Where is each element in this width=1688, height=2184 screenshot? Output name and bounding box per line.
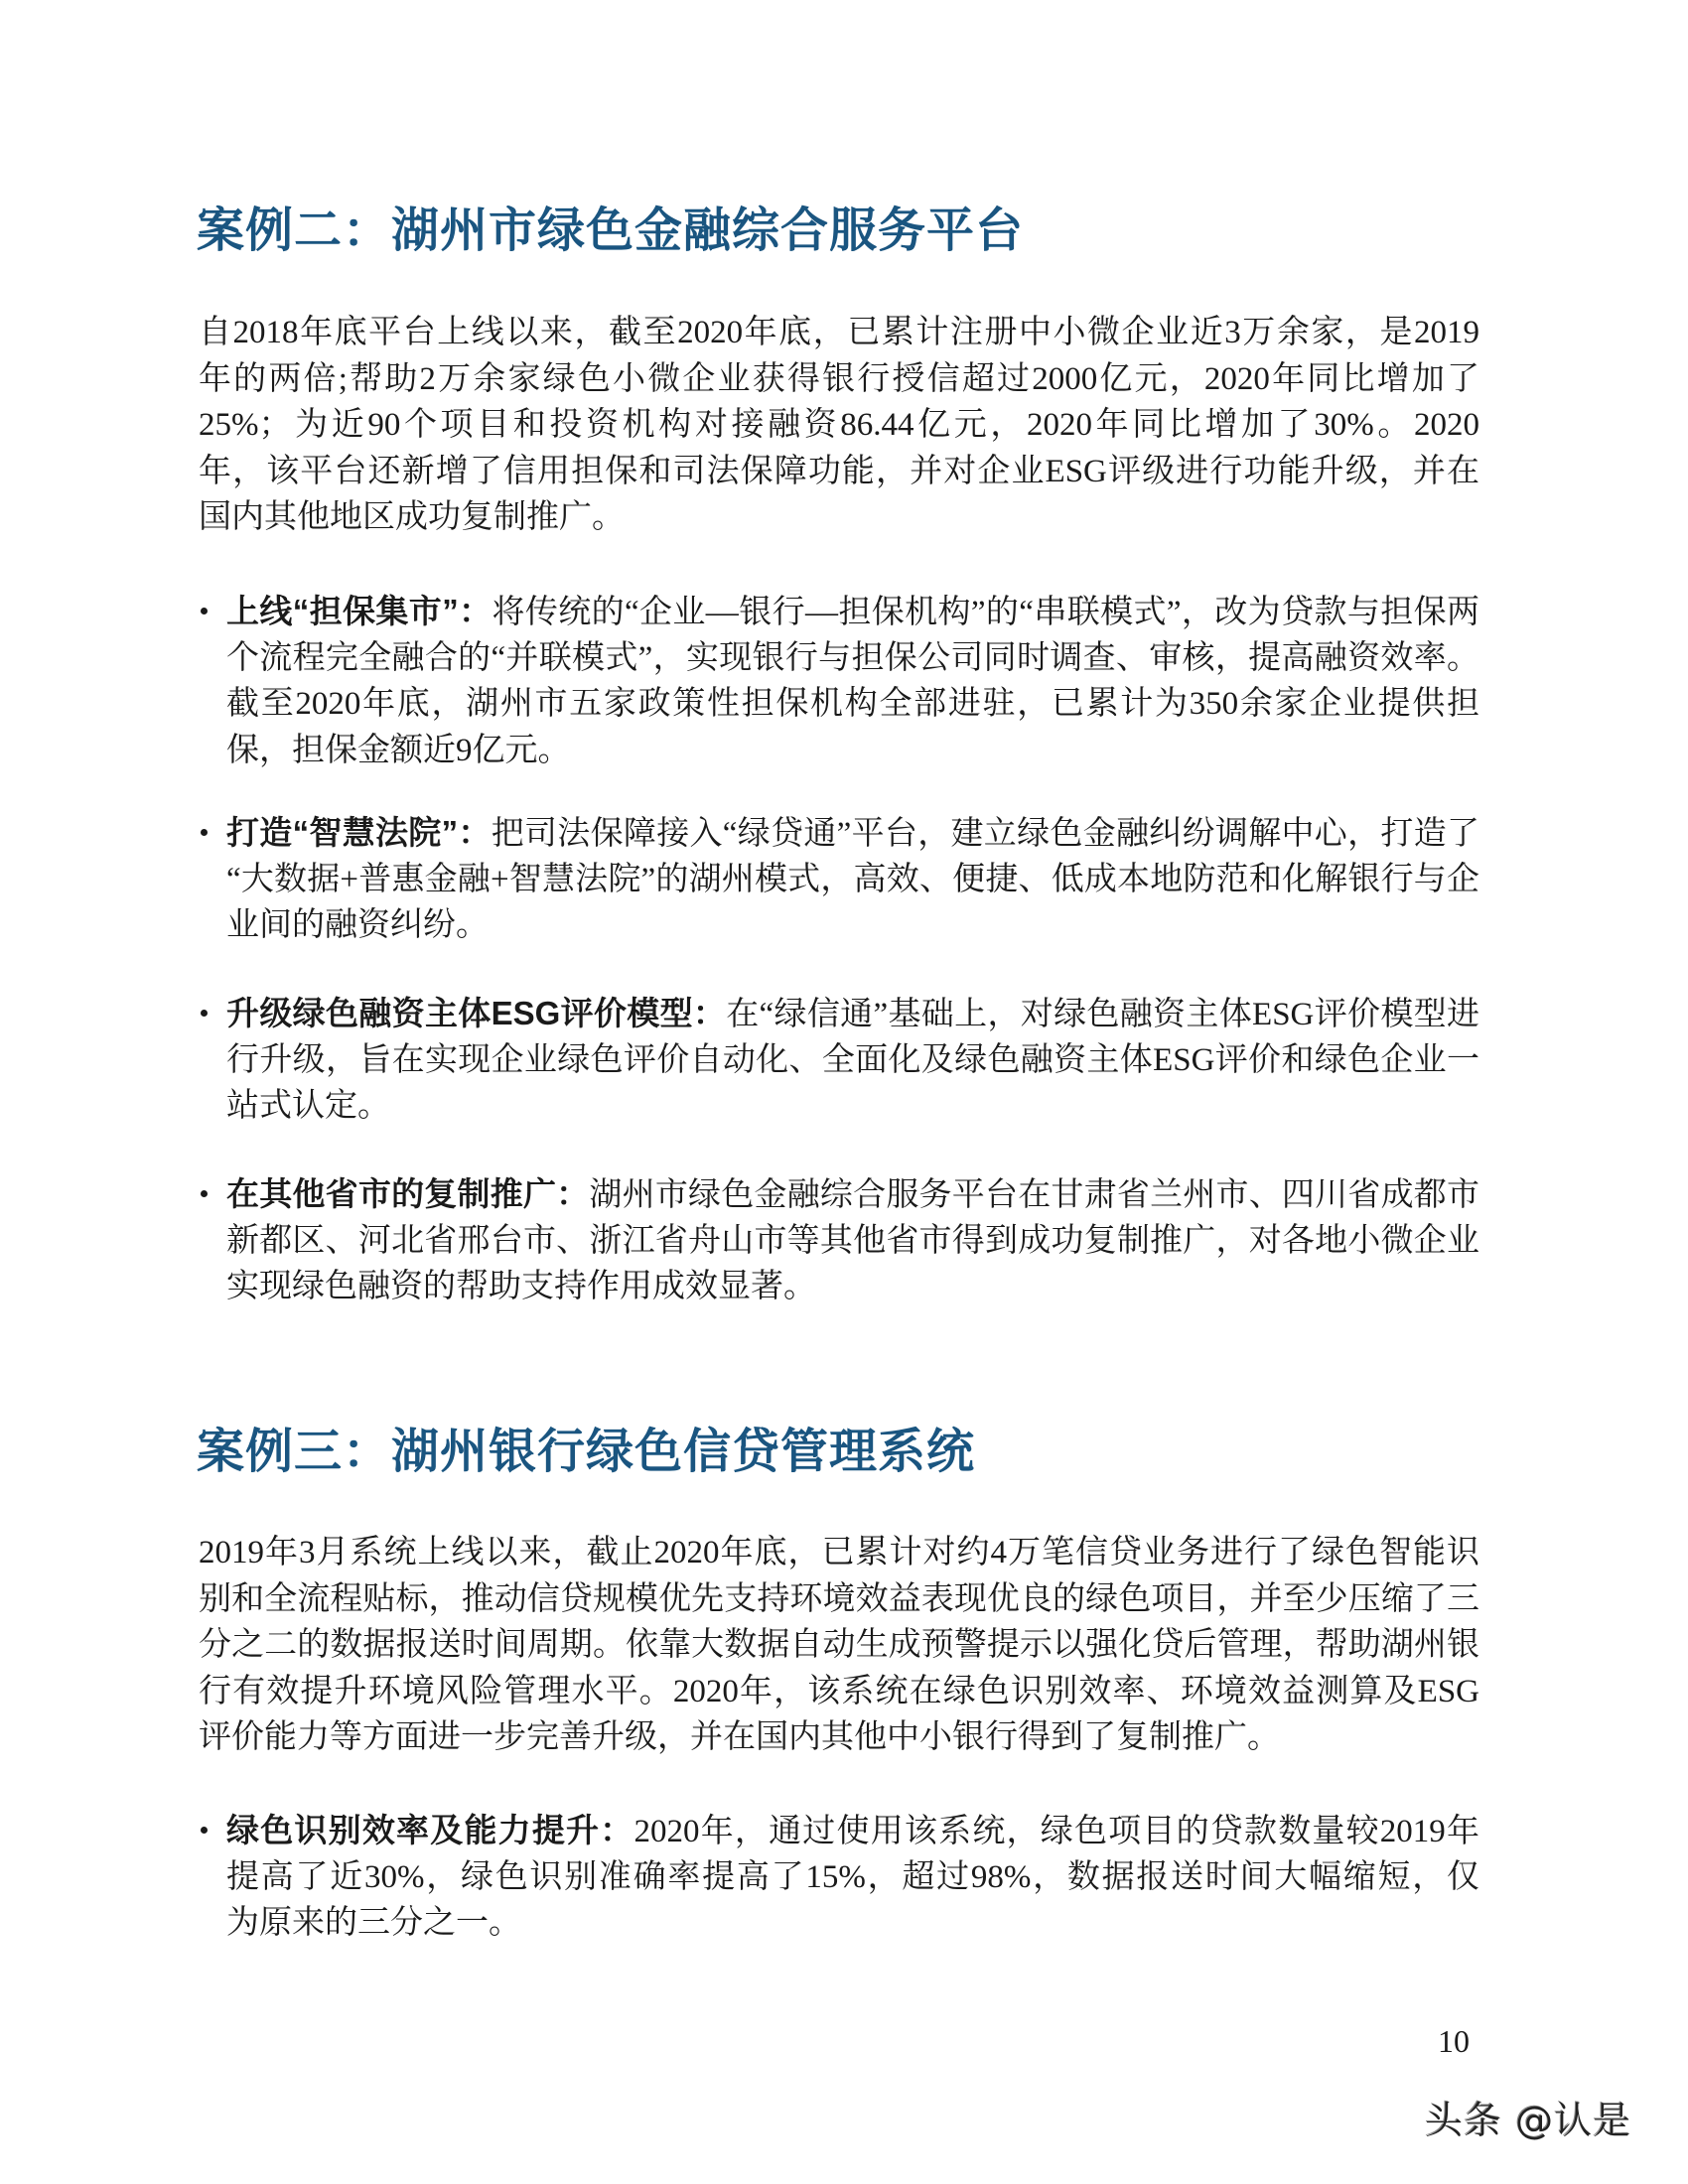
text-line: 个流程完全融合的“并联模式”，实现银行与担保公司同时调查、审核，提高融资效率。 <box>226 635 1479 682</box>
page-number: 10 <box>1438 2021 1470 2061</box>
text-line: 站式认定。 <box>226 1083 1479 1130</box>
text-line: 国内其他地区成功复制推广。 <box>199 494 1479 541</box>
bullet-lead: 升级绿色融资主体ESG评价模型： <box>226 995 726 1031</box>
bullet-lead: 打造“智慧法院”： <box>226 814 492 851</box>
bullet-dot-icon <box>201 1827 208 1834</box>
bullet-dot-icon <box>201 1190 208 1197</box>
text-line: 上线“担保集市”：将传统的“企业—银行—担保机构”的“串联模式”，改为贷款与担保… <box>226 589 1479 635</box>
text-line: 评价能力等方面进一步完善升级，并在国内其他中小银行得到了复制推广。 <box>199 1714 1479 1761</box>
text-line: 2019年3月系统上线以来，截止2020年底，已累计对约4万笔信贷业务进行了绿色… <box>199 1530 1479 1576</box>
bullet-lead: 绿色识别效率及能力提升： <box>226 1812 633 1848</box>
text-line: 年的两倍;帮助2万余家绿色小微企业获得银行授信超过2000亿元，2020年同比增… <box>199 356 1479 403</box>
bullet-dot-icon <box>201 608 208 614</box>
text-line: 分之二的数据报送时间周期。依靠大数据自动生成预警提示以强化贷后管理，帮助湖州银 <box>199 1622 1479 1669</box>
text-line: 保，担保金额近9亿元。 <box>226 728 1479 774</box>
case3-intro-paragraph: 2019年3月系统上线以来，截止2020年底，已累计对约4万笔信贷业务进行了绿色… <box>199 1530 1479 1761</box>
bullet-text: 把司法保障接入“绿贷通”平台，建立绿色金融纠纷调解中心，打造了 <box>492 816 1479 852</box>
text-line: 实现绿色融资的帮助支持作用成效显著。 <box>226 1264 1479 1310</box>
bullet-text: 将传统的“企业—银行—担保机构”的“串联模式”，改为贷款与担保两 <box>492 595 1479 630</box>
bullet-dot-icon <box>201 829 208 836</box>
text-line: 年，该平台还新增了信用担保和司法保障功能，并对企业ESG评级进行功能升级，并在 <box>199 449 1479 495</box>
bullet-dot-icon <box>201 1010 208 1017</box>
text-line: 25%；为近90个项目和投资机构对接融资86.44亿元，2020年同比增加了30… <box>199 402 1479 449</box>
case3-heading: 案例三：湖州银行绿色信贷管理系统 <box>197 1424 975 1481</box>
text-line: 行有效提升环境风险管理水平。2020年，该系统在绿色识别效率、环境效益测算及ES… <box>199 1669 1479 1715</box>
case2-heading: 案例二：湖州市绿色金融综合服务平台 <box>197 203 1024 260</box>
bullet-text: 湖州市绿色金融综合服务平台在甘肃省兰州市、四川省成都市 <box>589 1177 1479 1213</box>
bullet-lead: 上线“担保集市”： <box>226 593 492 629</box>
text-line: 提高了近30%，绿色识别准确率提高了15%，超过98%，数据报送时间大幅缩短，仅 <box>226 1854 1479 1901</box>
watermark: 头条 @认是 <box>1425 2097 1631 2144</box>
text-line: 业间的融资纠纷。 <box>226 902 1479 949</box>
text-line: 截至2020年底，湖州市五家政策性担保机构全部进驻，已累计为350余家企业提供担 <box>226 681 1479 728</box>
bullet-text: 2020年，通过使用该系统，绿色项目的贷款数量较2019年 <box>633 1814 1479 1849</box>
bullet-text: 在“绿信通”基础上，对绿色融资主体ESG评价模型进 <box>726 997 1479 1032</box>
text-line: 自2018年底平台上线以来，截至2020年底，已累计注册中小微企业近3万余家，是… <box>199 310 1479 356</box>
text-line: 在其他省市的复制推广：湖州市绿色金融综合服务平台在甘肃省兰州市、四川省成都市 <box>226 1171 1479 1218</box>
text-line: 新都区、河北省邢台市、浙江省舟山市等其他省市得到成功复制推广，对各地小微企业 <box>226 1218 1479 1265</box>
case2-intro-paragraph: 自2018年底平台上线以来，截至2020年底，已累计注册中小微企业近3万余家，是… <box>199 310 1479 541</box>
text-line: “大数据+普惠金融+智慧法院”的湖州模式，高效、便捷、低成本地防范和化解银行与企 <box>226 857 1479 903</box>
text-line: 升级绿色融资主体ESG评价模型：在“绿信通”基础上，对绿色融资主体ESG评价模型… <box>226 991 1479 1037</box>
text-line: 为原来的三分之一。 <box>226 1900 1479 1947</box>
bullet-lead: 在其他省市的复制推广： <box>226 1175 589 1212</box>
text-line: 绿色识别效率及能力提升：2020年，通过使用该系统，绿色项目的贷款数量较2019… <box>226 1808 1479 1854</box>
text-line: 行升级，旨在实现企业绿色评价自动化、全面化及绿色融资主体ESG评价和绿色企业一 <box>226 1037 1479 1084</box>
text-line: 打造“智慧法院”：把司法保障接入“绿贷通”平台，建立绿色金融纠纷调解中心，打造了 <box>226 810 1479 857</box>
text-line: 别和全流程贴标，推动信贷规模优先支持环境效益表现优良的绿色项目，并至少压缩了三 <box>199 1576 1479 1623</box>
